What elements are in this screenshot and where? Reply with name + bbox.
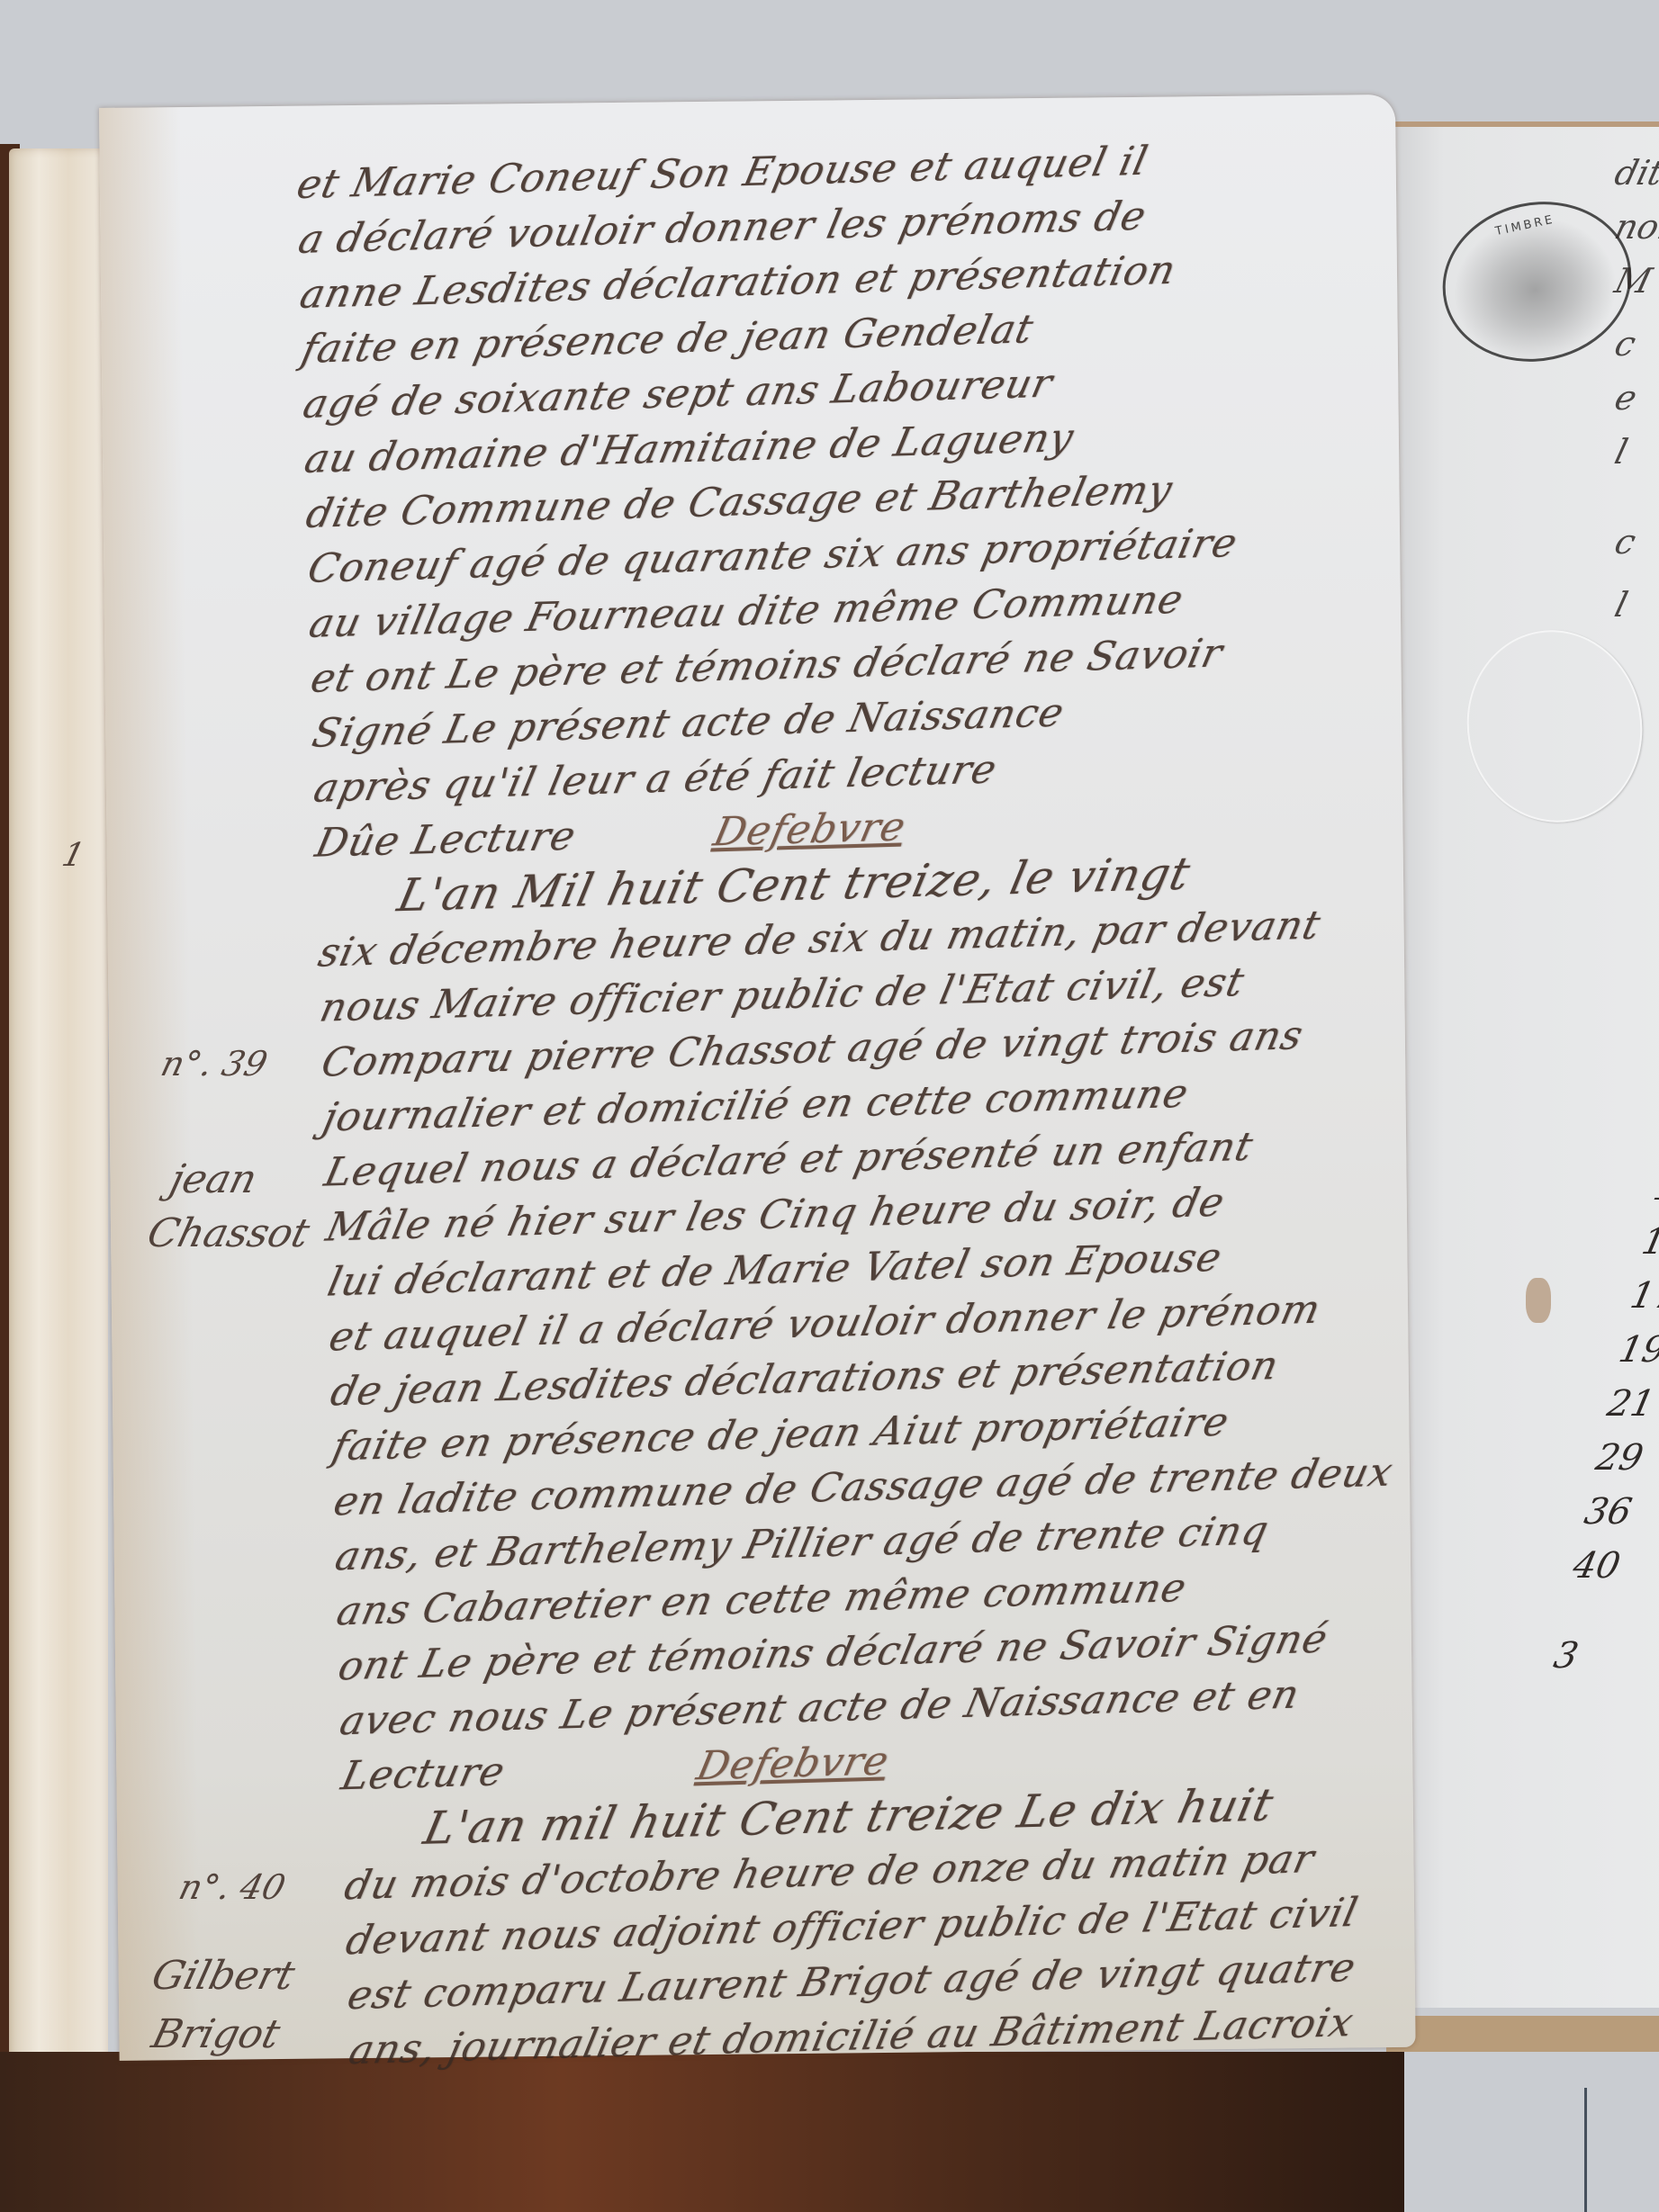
page-stack-left xyxy=(9,148,108,2083)
desk-edge-line xyxy=(1584,2088,1587,2212)
entry-number-39: n°. 39 xyxy=(158,1044,272,1084)
margin-name-last-40: Brigot xyxy=(148,2011,284,2057)
entry-39: L'an Mil huit Cent treize, le vingt six … xyxy=(317,840,1449,1803)
margin-name-first-39: jean xyxy=(166,1156,262,1202)
text-fragment: Lecture xyxy=(338,1749,509,1799)
entry-number-40: n°. 40 xyxy=(176,1867,290,1907)
margin-name-first-40: Gilbert xyxy=(148,1953,300,1999)
margin-name-last-39: Chassot xyxy=(143,1210,314,1256)
entry-40: L'an mil huit Cent treize Le dix huit du… xyxy=(343,1773,1457,2078)
signature-defebvre: Defebvre xyxy=(708,799,911,859)
text-fragment: Dûe Lecture xyxy=(311,814,581,867)
paper-stain xyxy=(1526,1278,1551,1323)
handwritten-text-block: et Marie Coneuf Son Epouse et auquel il … xyxy=(297,127,1457,2079)
signature-defebvre: Defebvre xyxy=(691,1733,894,1794)
book-cover-bottom xyxy=(0,2052,1404,2212)
entry-continued: et Marie Coneuf Son Epouse et auquel il … xyxy=(297,127,1424,871)
